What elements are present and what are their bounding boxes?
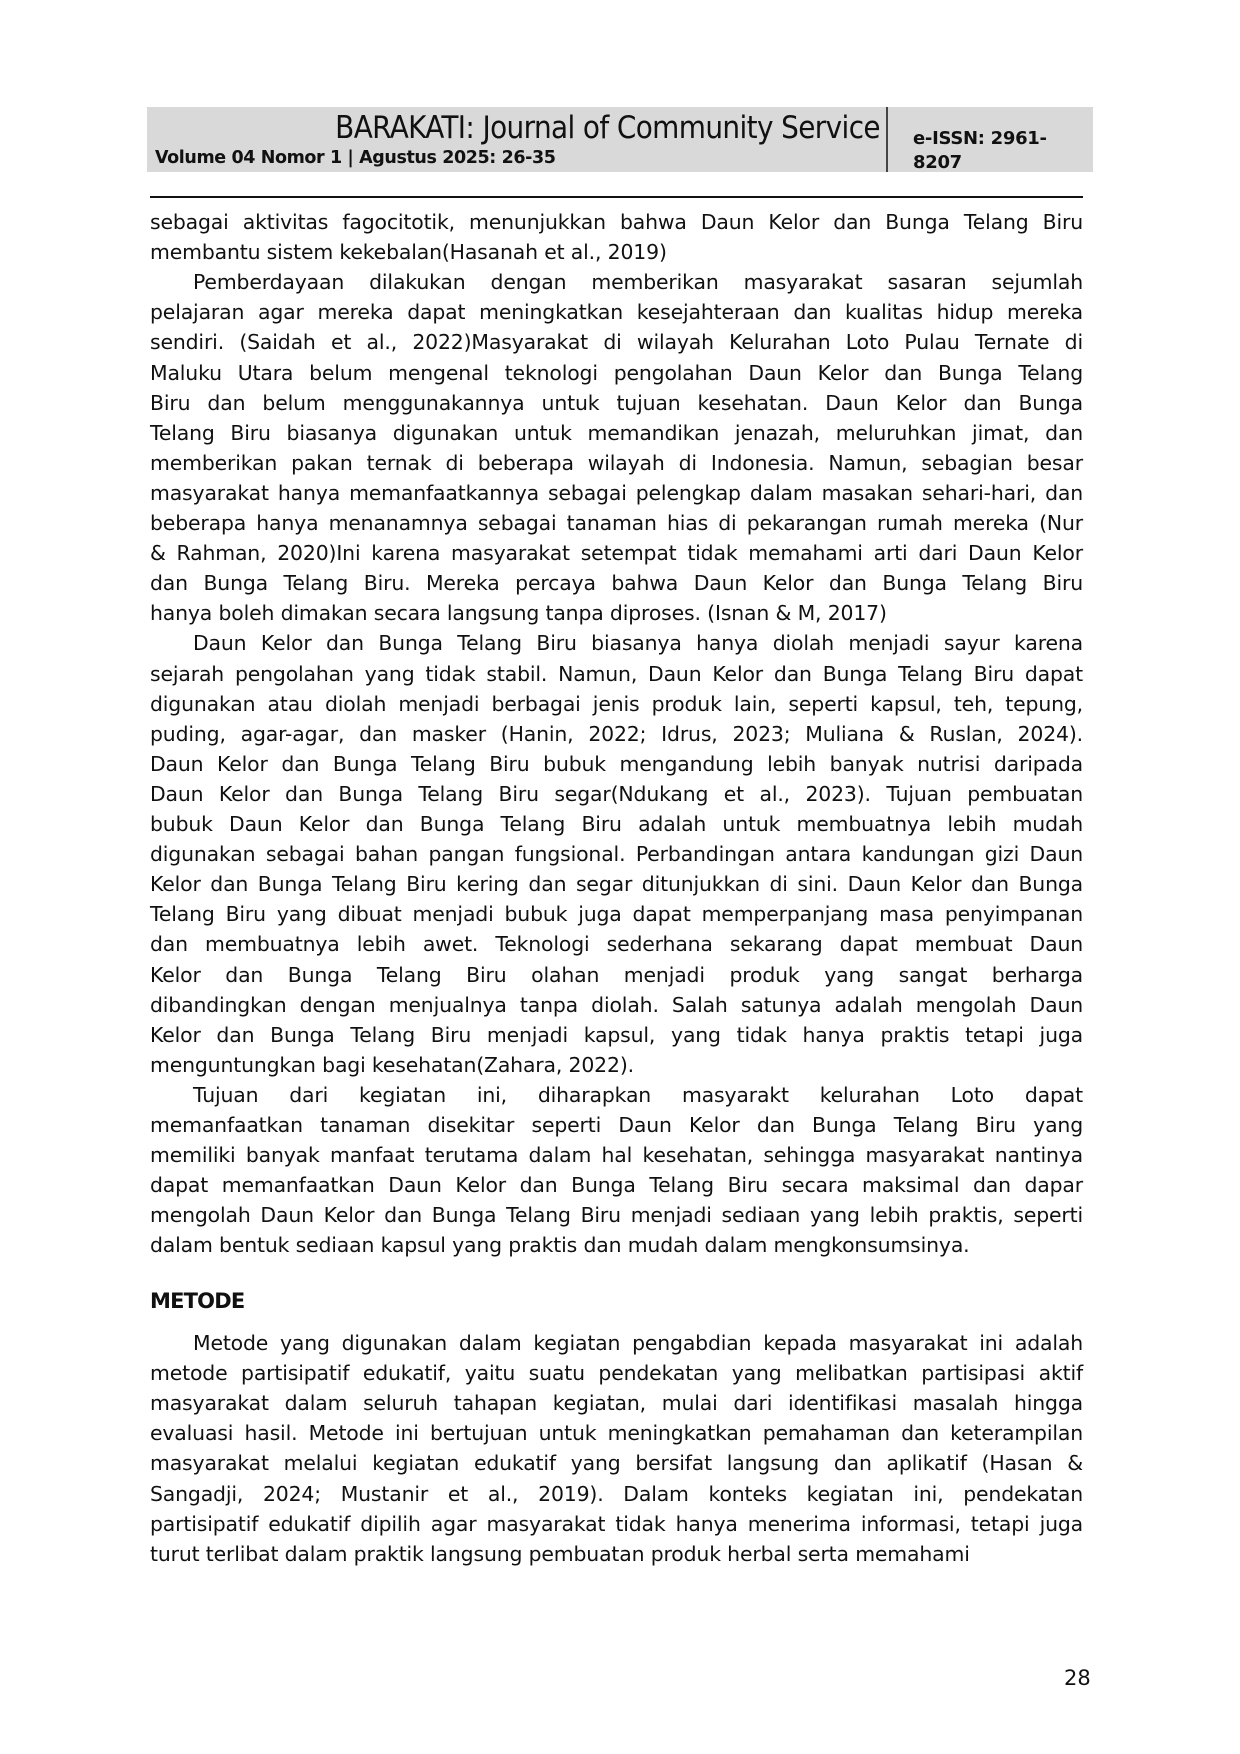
- paragraph-line: Metode yang digunakan dalam kegiatan pen…: [193, 1328, 1083, 1358]
- paragraph-line: mengolah Daun Kelor dan Bunga Telang Bir…: [150, 1200, 1083, 1230]
- paragraph-line: sendiri. (Saidah et al., 2022)Masyarakat…: [150, 327, 1083, 357]
- paragraph-line: memberikan pakan ternak di beberapa wila…: [150, 448, 1083, 478]
- paragraph-line: dibandingkan dengan menjualnya tanpa dio…: [150, 990, 1083, 1020]
- paragraph-line: evaluasi hasil. Metode ini bertujuan unt…: [150, 1418, 1083, 1448]
- paragraph-line: partisipatif edukatif dipilih agar masya…: [150, 1509, 1083, 1539]
- paragraph-line: turut terlibat dalam praktik langsung pe…: [150, 1539, 1083, 1569]
- paragraph-line: memanfaatkan tanaman disekitar seperti D…: [150, 1110, 1083, 1140]
- journal-volume-info: Volume 04 Nomor 1 | Agustus 2025: 26-35: [155, 147, 556, 169]
- paragraph-line: Pemberdayaan dilakukan dengan memberikan…: [193, 267, 1083, 297]
- paragraph-line: Tujuan dari kegiatan ini, diharapkan mas…: [193, 1080, 1083, 1110]
- paragraph-line: Maluku Utara belum mengenal teknologi pe…: [150, 358, 1083, 388]
- paragraph-line: membantu sistem kekebalan(Hasanah et al.…: [150, 237, 1083, 267]
- paragraph-line: Kelor dan Bunga Telang Biru menjadi kaps…: [150, 1020, 1083, 1050]
- journal-issn: e-ISSN: 2961-8207: [913, 127, 1093, 175]
- paragraph-line: Telang Biru yang dibuat menjadi bubuk ju…: [150, 899, 1083, 929]
- paragraph-line: Sangadji, 2024; Mustanir et al., 2019). …: [150, 1479, 1083, 1509]
- paragraph-line: Daun Kelor dan Bunga Telang Biru segar(N…: [150, 779, 1083, 809]
- paragraph-line: beberapa hanya menanamnya sebagai tanama…: [150, 508, 1083, 538]
- paragraph-line: sejarah pengolahan yang tidak stabil. Na…: [150, 659, 1083, 689]
- paragraph-line: dan membuatnya lebih awet. Teknologi sed…: [150, 929, 1083, 959]
- header-rule: [150, 196, 1083, 198]
- paragraph-line: pelajaran agar mereka dapat meningkatkan…: [150, 297, 1083, 327]
- journal-header: BARAKATI: Journal of Community Service V…: [147, 107, 1093, 172]
- paragraph-line: digunakan atau diolah menjadi berbagai j…: [150, 689, 1083, 719]
- paragraph-line: hanya boleh dimakan secara langsung tanp…: [150, 598, 1083, 628]
- paragraph-line: dan Bunga Telang Biru. Mereka percaya ba…: [150, 568, 1083, 598]
- paragraph-line: & Rahman, 2020)Ini karena masyarakat set…: [150, 538, 1083, 568]
- paragraph-line: memiliki banyak manfaat terutama dalam h…: [150, 1140, 1083, 1170]
- section-heading-metode: METODE: [150, 1286, 244, 1316]
- paragraph-line: puding, agar-agar, dan masker (Hanin, 20…: [150, 719, 1083, 749]
- paragraph-line: Daun Kelor dan Bunga Telang Biru bubuk m…: [150, 749, 1083, 779]
- paragraph-line: masyarakat dalam seluruh tahapan kegiata…: [150, 1388, 1083, 1418]
- paragraph-line: menguntungkan bagi kesehatan(Zahara, 202…: [150, 1050, 1083, 1080]
- paragraph-line: masyarakat melalui kegiatan edukatif yan…: [150, 1448, 1083, 1478]
- paragraph-line: dapat memanfaatkan Daun Kelor dan Bunga …: [150, 1170, 1083, 1200]
- paragraph-line: masyarakat hanya memanfaatkannya sebagai…: [150, 478, 1083, 508]
- page-number: 28: [1064, 1664, 1091, 1692]
- journal-title: BARAKATI: Journal of Community Service: [147, 110, 880, 146]
- paragraph-line: Kelor dan Bunga Telang Biru kering dan s…: [150, 869, 1083, 899]
- paragraph-line: dalam bentuk sediaan kapsul yang praktis…: [150, 1230, 1083, 1260]
- paragraph-line: metode partisipatif edukatif, yaitu suat…: [150, 1358, 1083, 1388]
- header-divider: [886, 107, 888, 172]
- paragraph-line: sebagai aktivitas fagocitotik, menunjukk…: [150, 207, 1083, 237]
- paragraph-line: Telang Biru biasanya digunakan untuk mem…: [150, 418, 1083, 448]
- paragraph-line: Daun Kelor dan Bunga Telang Biru biasany…: [193, 628, 1083, 658]
- paragraph-line: Biru dan belum menggunakannya untuk tuju…: [150, 388, 1083, 418]
- paragraph-line: Kelor dan Bunga Telang Biru olahan menja…: [150, 960, 1083, 990]
- paragraph-line: bubuk Daun Kelor dan Bunga Telang Biru a…: [150, 809, 1083, 839]
- paragraph-line: digunakan sebagai bahan pangan fungsiona…: [150, 839, 1083, 869]
